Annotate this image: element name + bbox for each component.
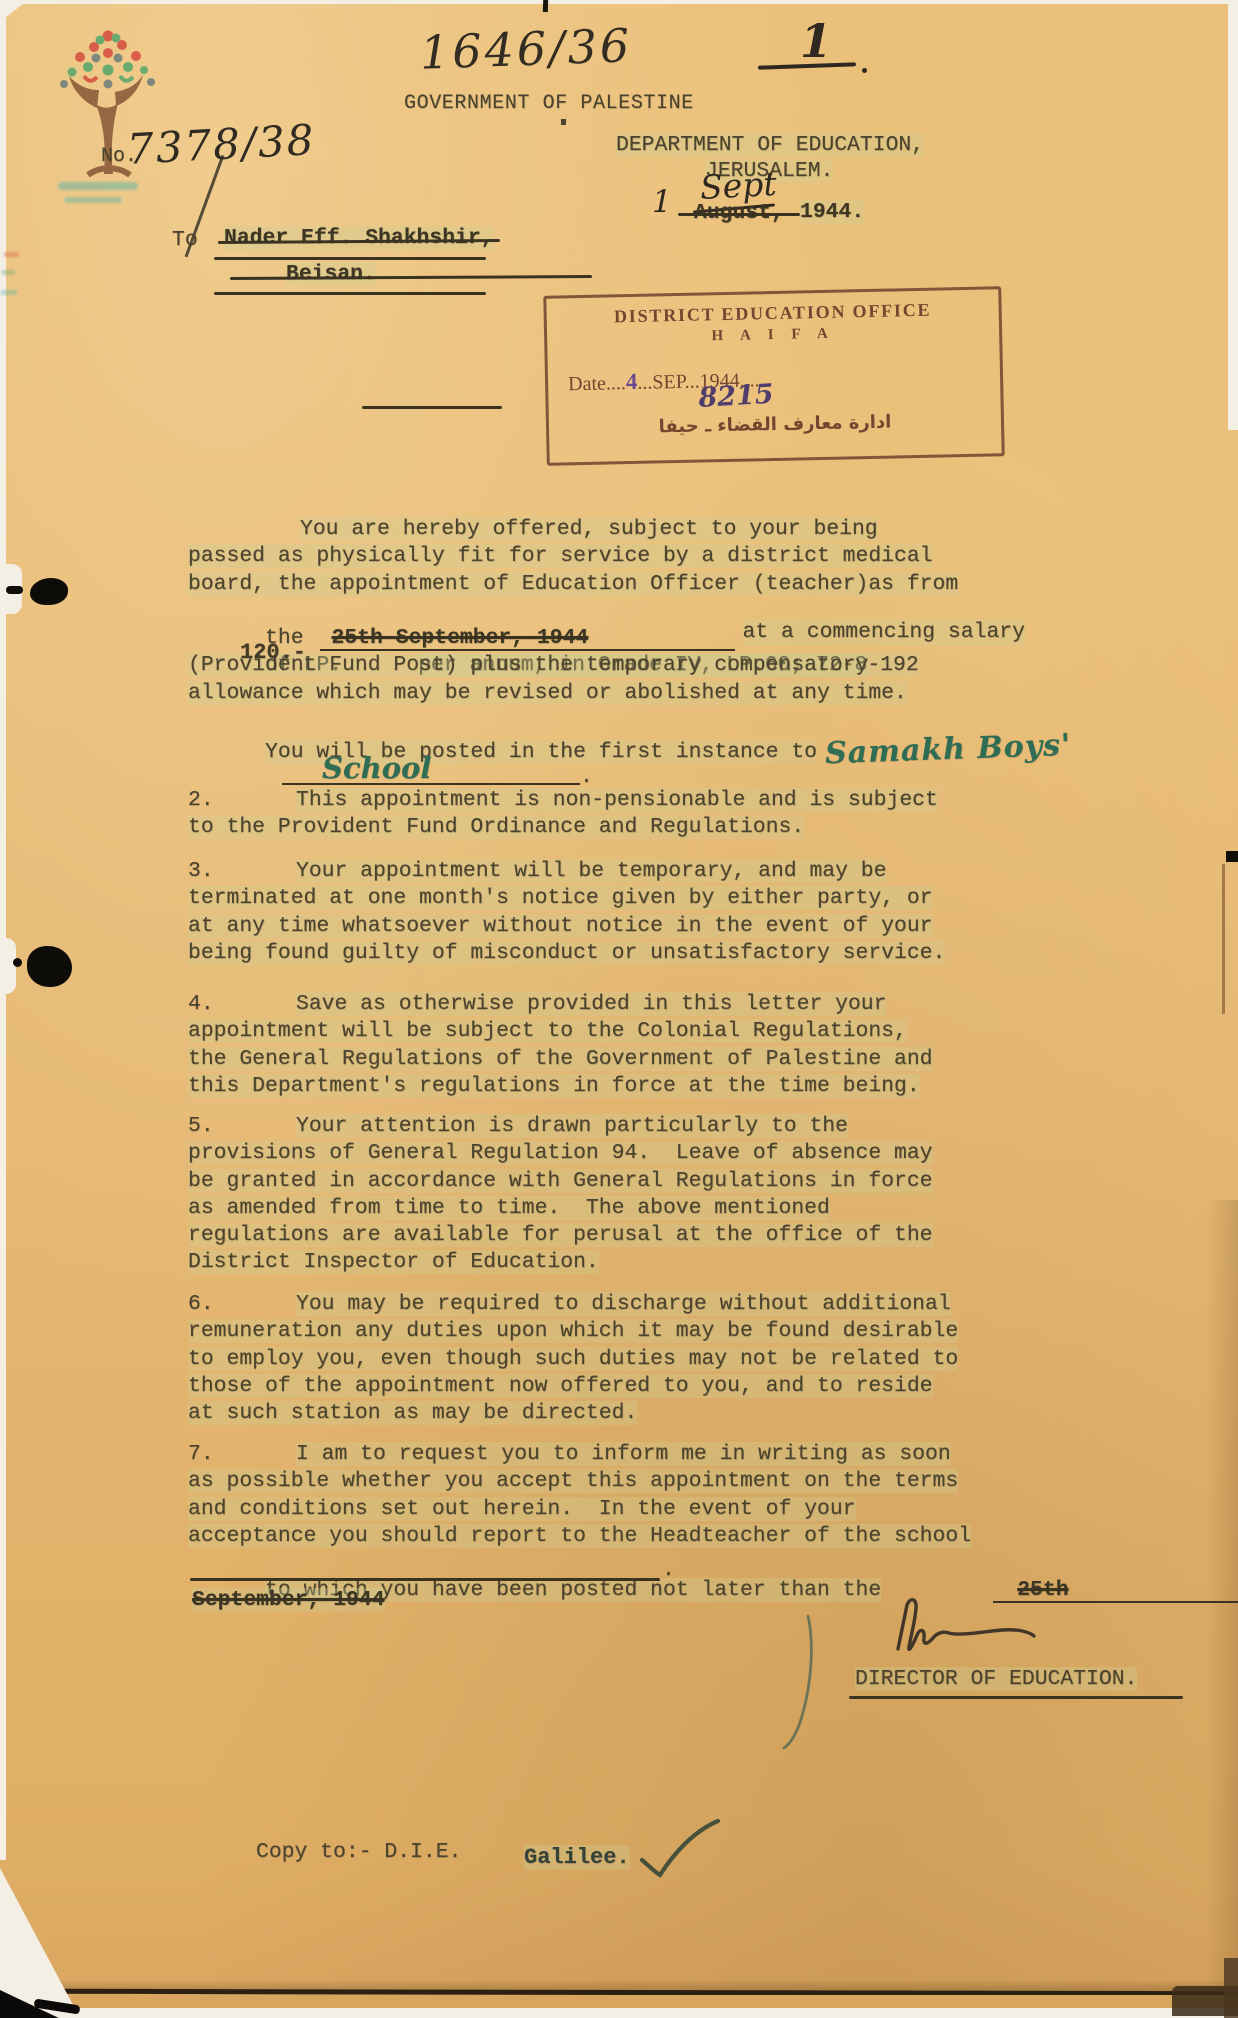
stamp-date-day: 4 <box>626 369 638 394</box>
para-line: being found guilty of misconduct or unsa… <box>188 941 945 965</box>
file-number-annotation: 1646/36 <box>419 18 633 79</box>
scanned-letter-page: 1646/36 1 GOVERNMENT OF PALESTINE No. 73… <box>0 0 1238 2018</box>
to-label: To <box>172 228 198 252</box>
para-line: board, the appointment of Education Offi… <box>188 572 958 596</box>
struck-date: 25th September, 1944 <box>332 626 589 650</box>
director-underline <box>849 1696 1183 1699</box>
district-education-office-stamp: DISTRICT EDUCATION OFFICE H A I F A Date… <box>543 286 1004 466</box>
ref-number-annotation: 7378/38 <box>126 115 317 174</box>
date-day-handwritten: 1 <box>652 184 672 220</box>
signature-scribble <box>890 1595 1045 1655</box>
stamp-dots: .... <box>606 372 626 394</box>
paragraph-7: 7.I am to request you to inform me in wr… <box>188 1441 1000 1577</box>
paragraph-5: 5.Your attention is drawn particularly t… <box>188 1113 1000 1277</box>
para-line: You are hereby offered, subject to your … <box>300 517 878 541</box>
para-line: Your appointment will be temporary, and … <box>296 859 886 883</box>
stamp-dots: ... <box>637 372 652 394</box>
strike-line <box>678 213 800 216</box>
page-number-underline <box>758 62 856 69</box>
strike-line <box>230 275 592 280</box>
rule-line <box>214 292 486 295</box>
scan-artifact <box>543 0 548 12</box>
scan-artifact <box>0 0 6 1860</box>
copy-destination: Galilee. <box>524 1845 630 1870</box>
copy-to-line: Copy to:- D.I.E. <box>256 1840 461 1864</box>
scan-artifact <box>1205 1200 1238 2018</box>
para-line: be granted in accordance with General Re… <box>188 1169 933 1193</box>
para-number: 7. <box>188 1441 296 1468</box>
addressee-town: Beisan. <box>286 262 376 286</box>
struck-date: September, 1944 <box>192 1588 385 1612</box>
para-line: passed as physically fit for service by … <box>188 544 933 568</box>
para-line: acceptance you should report to the Head… <box>188 1524 971 1548</box>
para-line: allowance which may be revised or abolis… <box>188 681 907 705</box>
para-line: at such station as may be directed. <box>188 1401 637 1425</box>
department-line: DEPARTMENT OF EDUCATION, <box>616 133 924 157</box>
scan-artifact <box>0 938 16 994</box>
stamp-serial-handwritten: 8215 <box>698 379 775 414</box>
rule-line <box>214 257 486 260</box>
para-number: 5. <box>188 1113 296 1140</box>
scan-artifact <box>1228 0 1238 430</box>
director-title: DIRECTOR OF EDUCATION. <box>855 1667 1137 1691</box>
posting-school-handwriting: Samakh Boys' <box>825 732 1072 768</box>
para-number: 3. <box>188 858 296 885</box>
paragraph-2: 2.This appointment is non-pensionable an… <box>188 787 1000 842</box>
para-number: 2. <box>188 787 296 814</box>
ink-blot <box>6 586 23 594</box>
para-line: to the Provident Fund Ordinance and Regu… <box>188 815 804 839</box>
para-line: appointment will be subject to the Colon… <box>188 1019 907 1043</box>
ink-blot <box>13 958 22 967</box>
paragraph-3: 3.Your appointment will be temporary, an… <box>188 858 1000 967</box>
stamp-date-label: Date <box>568 373 606 396</box>
addressee-name: Nader Eff. Shakhshir, <box>224 226 494 250</box>
para-line: This appointment is non-pensionable and … <box>296 788 938 812</box>
school-blank-line: School <box>282 762 580 785</box>
scan-artifact <box>1 290 17 295</box>
para-line: and conditions set out herein. In the ev… <box>188 1497 856 1521</box>
para-line: Save as otherwise provided in this lette… <box>296 992 886 1016</box>
paragraph-4: 4.Save as otherwise provided in this let… <box>188 991 1000 1100</box>
para-line: as possible whether you accept this appo… <box>188 1469 958 1493</box>
para-line: at a commencing salary <box>743 619 1025 646</box>
scan-artifact <box>1222 864 1225 1014</box>
pen-stroke <box>778 1612 820 1752</box>
para-line: You may be required to discharge without… <box>296 1292 951 1316</box>
para-line: as amended from time to time. The above … <box>188 1196 830 1220</box>
date-year: 1944. <box>800 200 864 224</box>
stamp-arabic-line: ادارة معارف القضاء ـ حيفا <box>549 409 1001 439</box>
para-line: I am to request you to inform me in writ… <box>296 1442 951 1466</box>
government-heading: GOVERNMENT OF PALESTINE <box>404 92 694 115</box>
ink-blot <box>30 578 68 605</box>
para-line: to employ you, even though such duties m… <box>188 1347 958 1371</box>
scan-artifact <box>0 0 1238 4</box>
scan-artifact <box>0 1868 80 2018</box>
scan-artifact <box>4 252 19 257</box>
logo-caption-blur <box>64 197 122 203</box>
para-line: . <box>580 765 593 789</box>
scan-artifact <box>0 2008 1238 2018</box>
posting-school-handwriting: School <box>322 758 431 779</box>
para-line: at any time whatsoever without notice in… <box>188 914 933 938</box>
para-line: the General Regulations of the Governmen… <box>188 1047 933 1071</box>
para-line: Your attention is drawn particularly to … <box>296 1114 848 1138</box>
para-line: this Department's regulations in force a… <box>188 1074 920 1098</box>
para-number: 4. <box>188 991 296 1018</box>
para-line: District Inspector of Education. <box>188 1250 599 1274</box>
salary-insertion: 120.- <box>240 640 306 665</box>
rule-line <box>362 406 502 409</box>
para-line: . <box>662 1558 675 1582</box>
para-line: remuneration any duties upon which it ma… <box>188 1319 958 1343</box>
scan-artifact <box>561 119 566 125</box>
paragraph-6: 6.You may be required to discharge witho… <box>188 1291 1000 1427</box>
para-line: regulations are available for perusal at… <box>188 1223 933 1247</box>
checkmark-icon <box>636 1816 726 1882</box>
date-blank-line: 25th September, 1944 <box>320 628 735 651</box>
scan-artifact <box>862 68 867 73</box>
scan-artifact <box>2 270 15 275</box>
paragraph-1: You are hereby offered, subject to your … <box>188 516 1000 762</box>
para-line: terminated at one month's notice given b… <box>188 886 933 910</box>
para-line: those of the appointment now offered to … <box>188 1374 933 1398</box>
scan-artifact <box>1226 851 1238 862</box>
logo-caption-blur <box>58 182 138 190</box>
ink-blot <box>27 946 72 987</box>
page-number-annotation: 1 <box>800 14 832 68</box>
rule-line <box>190 1578 660 1581</box>
para-number: 6. <box>188 1291 296 1318</box>
scan-artifact <box>1224 1958 1238 2018</box>
para-line: provisions of General Regulation 94. Lea… <box>188 1141 933 1165</box>
